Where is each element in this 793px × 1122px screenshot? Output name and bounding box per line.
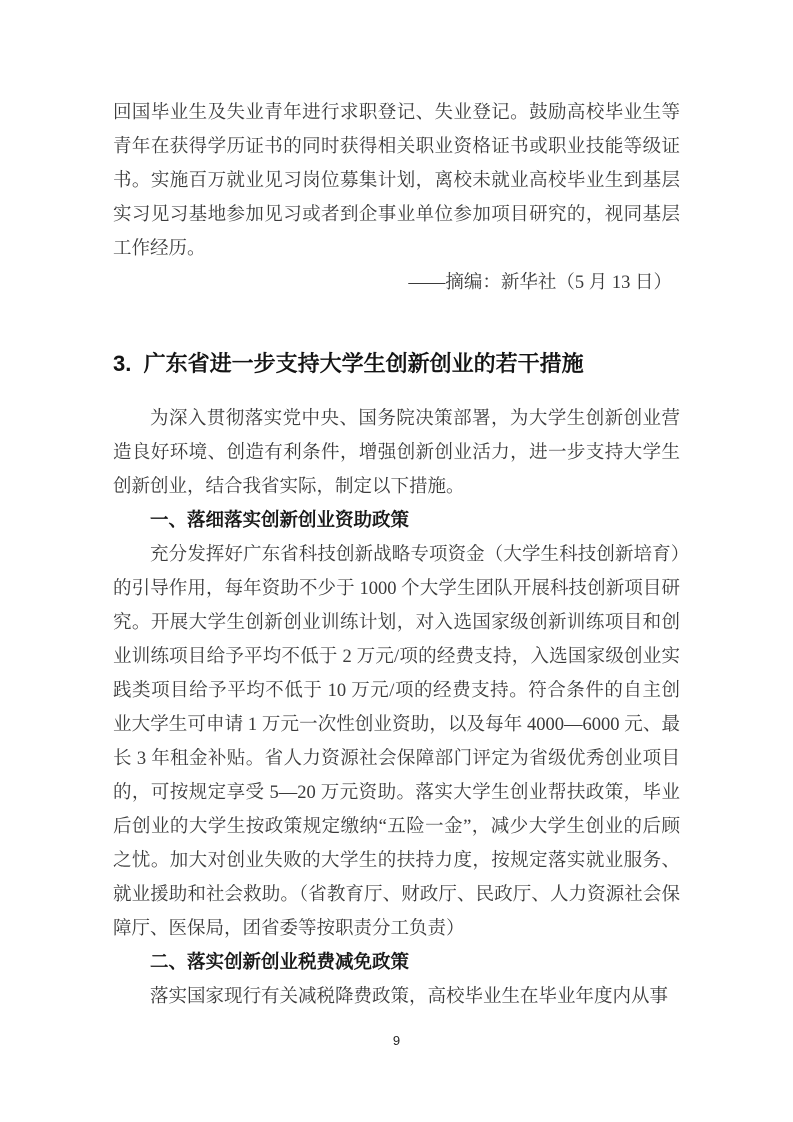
- page-content: 回国毕业生及失业青年进行求职登记、失业登记。鼓励高校毕业生等青年在获得学历证书的…: [113, 96, 680, 1014]
- subsection-2-body: 落实国家现行有关减税降费政策，高校毕业生在毕业年度内从事: [113, 980, 680, 1014]
- subsection-1-heading: 一、落细落实创新创业资助政策: [113, 504, 680, 538]
- section-heading: 3. 广东省进一步支持大学生创新创业的若干措施: [113, 348, 680, 380]
- document-page: 回国毕业生及失业青年进行求职登记、失业登记。鼓励高校毕业生等青年在获得学历证书的…: [0, 0, 793, 1122]
- subsection-2-heading: 二、落实创新创业税费减免政策: [113, 946, 680, 980]
- attribution-line: ——摘编：新华社（5 月 13 日）: [113, 266, 680, 300]
- subsection-1-body: 充分发挥好广东省科技创新战略专项资金（大学生科技创新培育）的引导作用，每年资助不…: [113, 538, 680, 946]
- continuation-paragraph: 回国毕业生及失业青年进行求职登记、失业登记。鼓励高校毕业生等青年在获得学历证书的…: [113, 96, 680, 266]
- page-number: 9: [0, 1033, 793, 1049]
- intro-paragraph: 为深入贯彻落实党中央、国务院决策部署，为大学生创新创业营造良好环境、创造有利条件…: [113, 402, 680, 504]
